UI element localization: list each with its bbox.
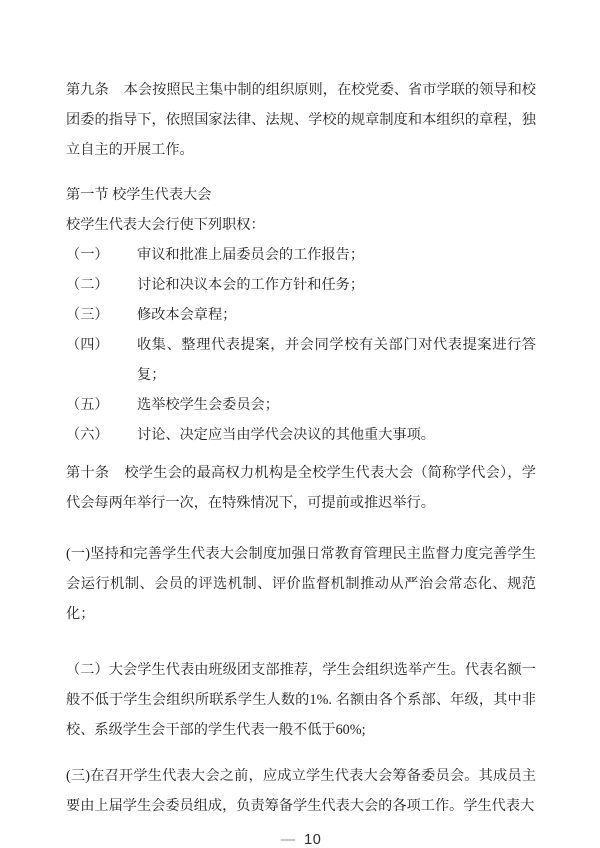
section-1-intro: 校学生代表大会行使下列职权： [66, 210, 536, 240]
list-item: （六） 讨论、决定应当由学代会决议的其他重大事项。 [66, 420, 536, 450]
document-page: 第九条本会按照民主集中制的组织原则，在校党委、省市学联的领导和校团委的指导下，依… [0, 0, 600, 848]
list-item: （二） 讨论和决议本会的工作方针和任务； [66, 270, 536, 300]
clause-3-paragraph: (三)在召开学生代表大会之前，应成立学生代表大会筹备委员会。其成员主要由上届学生… [66, 761, 536, 821]
page-footer: —10 [66, 832, 536, 848]
article-9-paragraph: 第九条本会按照民主集中制的组织原则，在校党委、省市学联的领导和校团委的指导下，依… [66, 75, 536, 165]
article-10-label: 第十条 [66, 465, 109, 481]
list-item: （一） 审议和批准上届委员会的工作报告； [66, 240, 536, 270]
article-9-body: 本会按照民主集中制的组织原则，在校党委、省市学联的领导和校团委的指导下，依照国家… [66, 82, 536, 158]
footer-dash: — [281, 832, 296, 848]
list-item-text: 讨论和决议本会的工作方针和任务； [137, 270, 536, 300]
list-item-marker: （四） [66, 330, 137, 390]
list-item-text: 收集、整理代表提案，并会同学校有关部门对代表提案进行答复； [137, 330, 536, 390]
list-item-marker: （六） [66, 420, 137, 450]
list-item: （三） 修改本会章程； [66, 300, 536, 330]
list-item-text: 审议和批准上届委员会的工作报告； [137, 240, 536, 270]
list-item-text: 修改本会章程； [137, 300, 536, 330]
powers-list: （一） 审议和批准上届委员会的工作报告； （二） 讨论和决议本会的工作方针和任务… [66, 240, 536, 450]
list-item-text: 选举校学生会委员会； [137, 390, 536, 420]
list-item-marker: （三） [66, 300, 137, 330]
list-item-marker: （二） [66, 270, 137, 300]
article-10-body: 校学生会的最高权力机构是全校学生代表大会（简称学代会），学代会每两年举行一次，在… [66, 465, 536, 511]
page-number: 10 [304, 832, 321, 848]
article-9-label: 第九条 [66, 82, 109, 98]
list-item-text: 讨论、决定应当由学代会决议的其他重大事项。 [137, 420, 536, 450]
list-item: （四） 收集、整理代表提案，并会同学校有关部门对代表提案进行答复； [66, 330, 536, 390]
clause-2-paragraph: （二）大会学生代表由班级团支部推荐，学生会组织选举产生。代表名额一般不低于学生会… [66, 655, 536, 745]
list-item-marker: （一） [66, 240, 137, 270]
list-item: （五） 选举校学生会委员会； [66, 390, 536, 420]
section-1-heading: 第一节 校学生代表大会 [66, 180, 536, 210]
article-10-paragraph: 第十条校学生会的最高权力机构是全校学生代表大会（简称学代会），学代会每两年举行一… [66, 458, 536, 518]
list-item-marker: （五） [66, 390, 137, 420]
clause-1-paragraph: (一)坚持和完善学生代表大会制度加强日常教育管理民主监督力度完善学生会运行机制、… [66, 539, 536, 629]
